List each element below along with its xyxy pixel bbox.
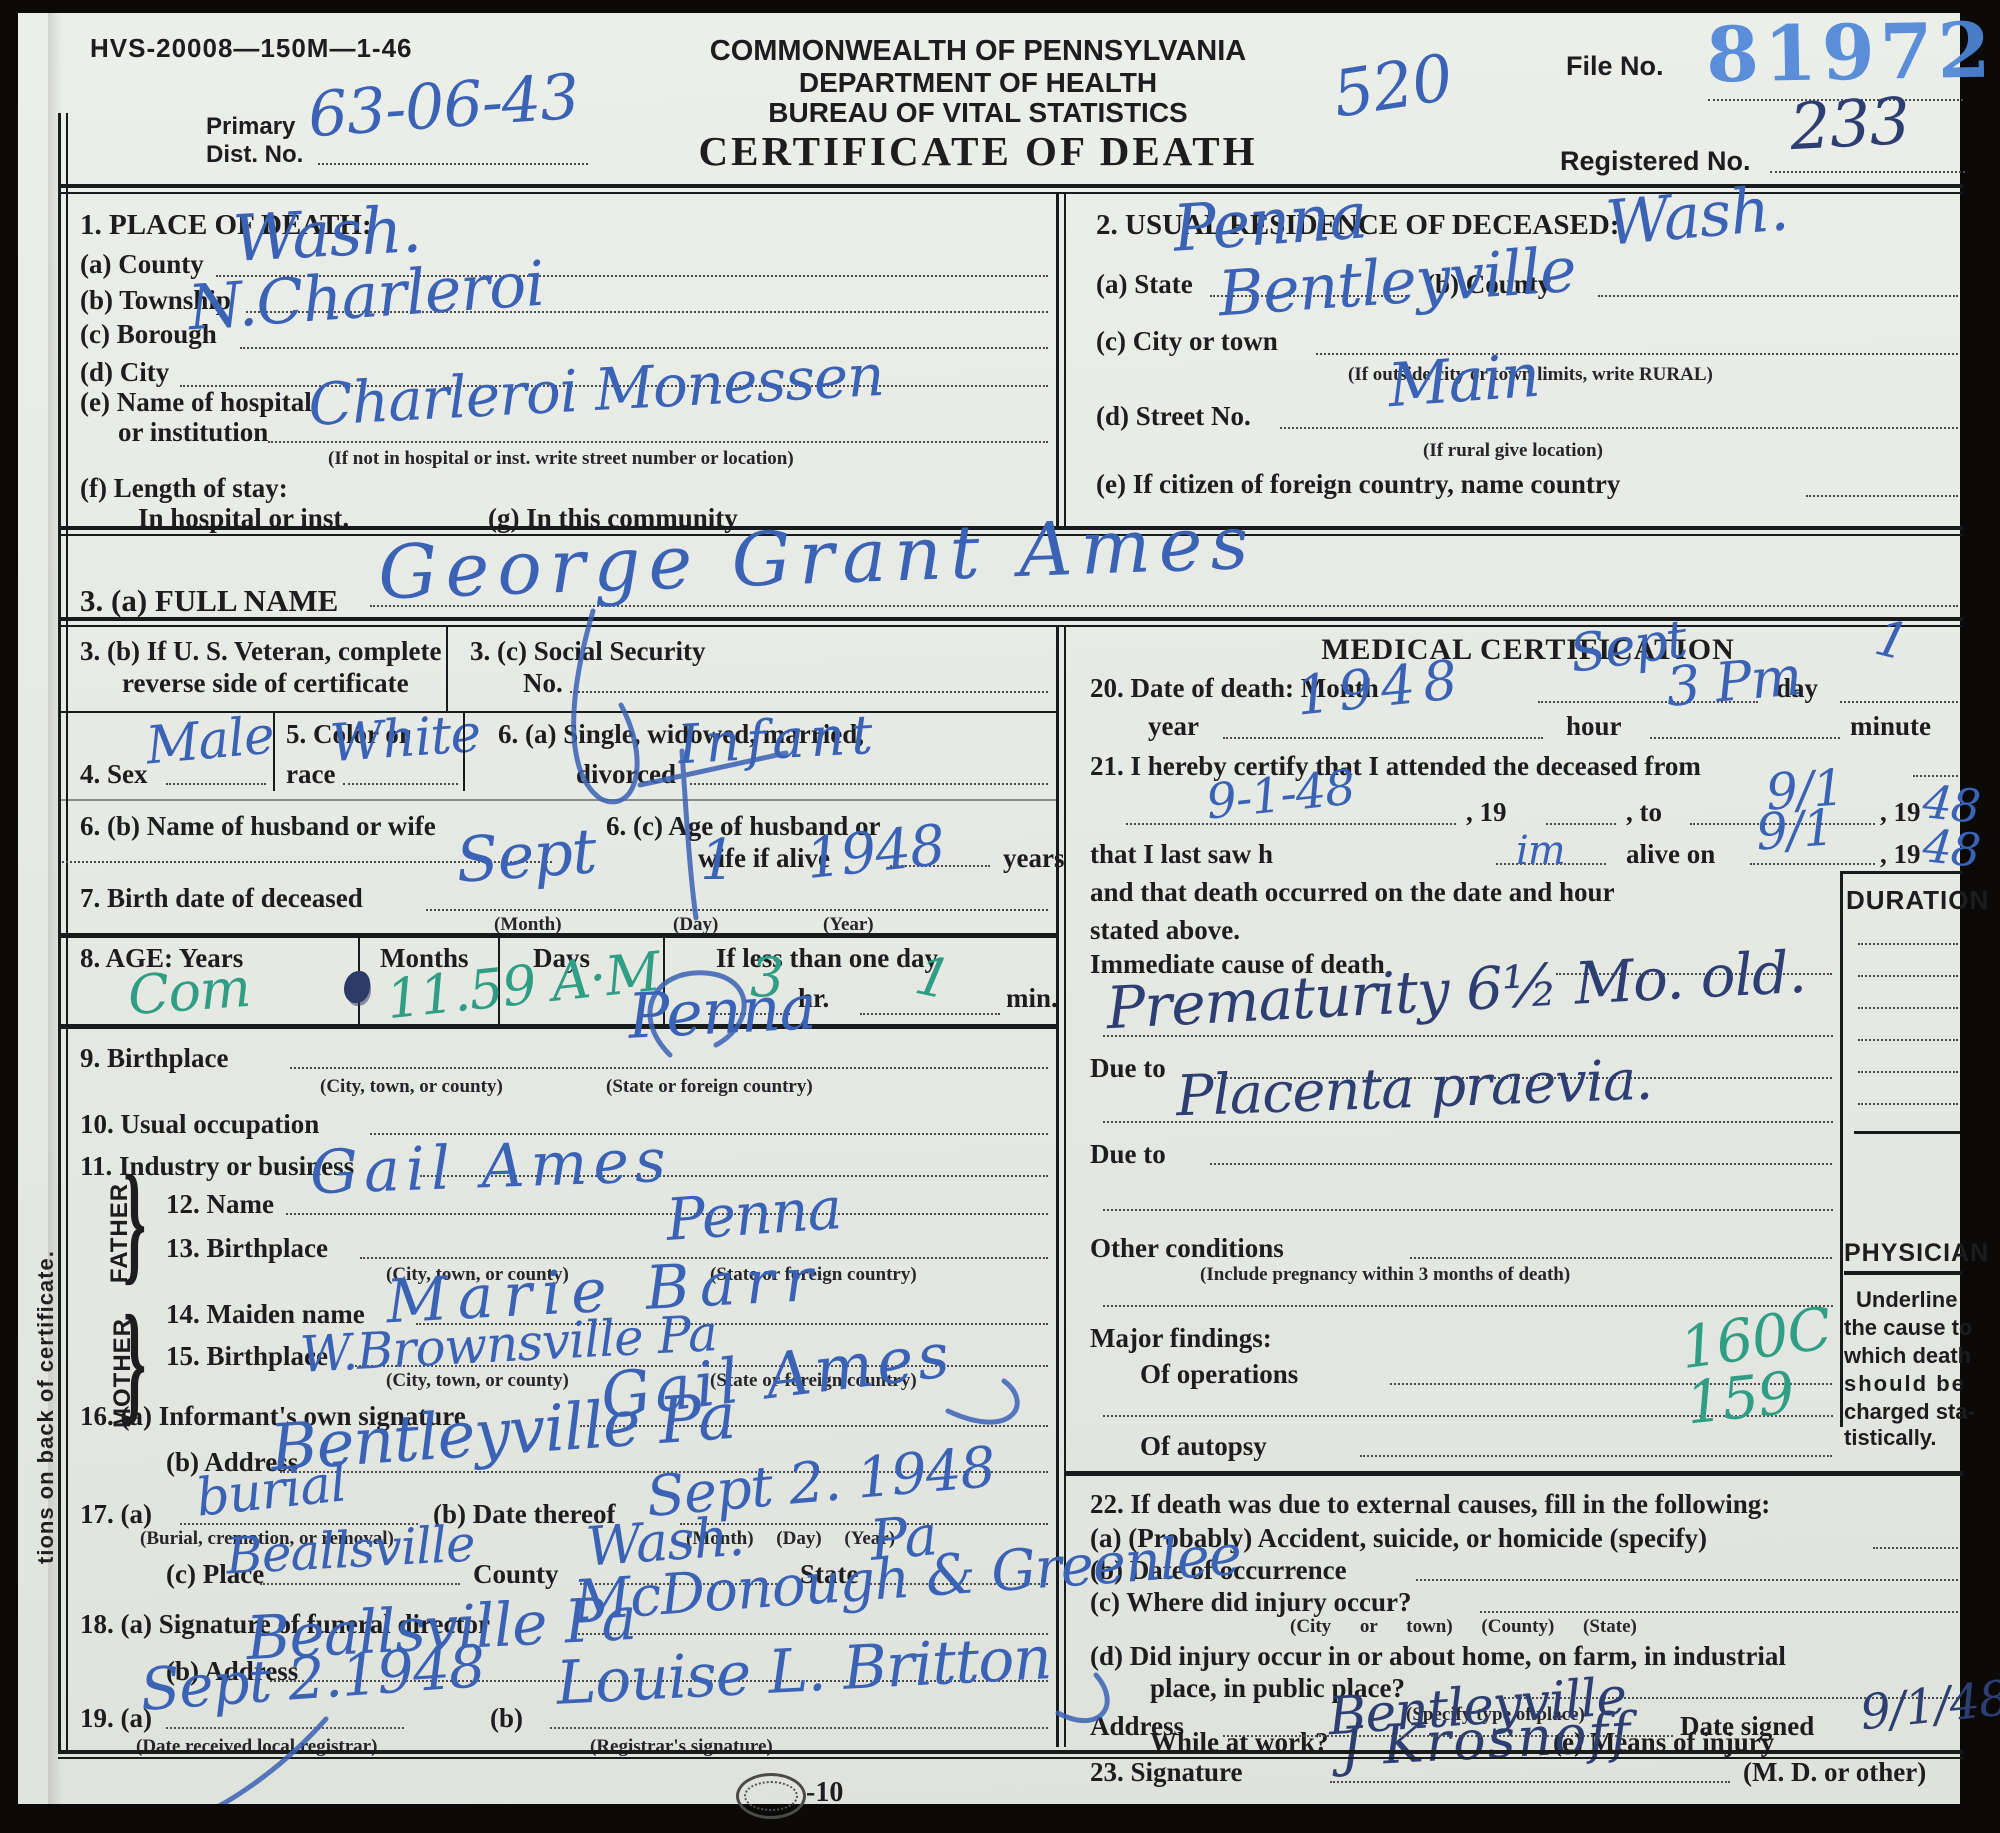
age-min-label: min.: [1006, 985, 1058, 1012]
hospital-note: (If not in hospital or inst. write stree…: [328, 449, 794, 468]
race-value: White: [328, 708, 482, 770]
dotted-line: [1858, 975, 1958, 977]
birth-date-label: 7. Birth date of deceased: [80, 885, 363, 912]
certify-line: 21. I hereby certify that I attended the…: [1090, 753, 1701, 780]
date-signed-label: Date signed: [1680, 1713, 1814, 1740]
dotted-line: [1103, 1305, 1833, 1307]
dotted-line: [1858, 1007, 1958, 1009]
death-year-value: 1948: [1294, 652, 1468, 723]
mother-sub-1: (City, town, or county): [386, 1371, 569, 1390]
rule: [1066, 1471, 1963, 1476]
street-note: (If rural give location): [1423, 441, 1603, 460]
dotted-line: [1858, 1039, 1958, 1041]
autopsy-label: Of autopsy: [1140, 1433, 1267, 1460]
death-year-label: year: [1148, 713, 1199, 740]
dotted-line: [690, 783, 1048, 785]
due-to-1-label: Due to: [1090, 1055, 1166, 1082]
dotted-line: [1103, 1121, 1833, 1123]
autopsy-value: 159: [1683, 1364, 1796, 1433]
physician-title: PHYSICIAN: [1844, 1241, 1989, 1266]
physician-note-line: charged sta-: [1844, 1401, 1975, 1423]
residence-city-label: (c) City or town: [1096, 328, 1278, 355]
date-signed-value: 9/1/48.: [1858, 1673, 2000, 1738]
disposal-place-value: Beallsville: [225, 1519, 476, 1582]
rule: [1854, 1131, 1960, 1134]
dotted-line: [860, 1013, 1000, 1015]
dotted-line: [1650, 737, 1840, 739]
md-address-label: Address: [1090, 1713, 1184, 1740]
rule: [463, 711, 465, 791]
rule: [1840, 871, 1963, 874]
physician-note-line: Underline: [1856, 1289, 1957, 1311]
street-value: Main: [1386, 346, 1541, 416]
other-conditions-note: (Include pregnancy within 3 months of de…: [1200, 1265, 1570, 1284]
alive-on-label: alive on: [1626, 841, 1715, 868]
age-years-value: Com: [126, 961, 252, 1023]
md-or-other-label: (M. D. or other): [1743, 1759, 1926, 1786]
comma-19-c: , 19: [1880, 841, 1921, 868]
dotted-line: [1103, 1209, 1833, 1211]
org-line3: BUREAU OF VITAL STATISTICS: [598, 99, 1358, 127]
residence-county-value: Wash.: [1604, 177, 1790, 255]
dotted-line: [550, 1727, 1048, 1729]
dotted-line: [1840, 701, 1958, 703]
birth-year-value: 1948: [803, 818, 947, 888]
disposal-value: burial: [194, 1457, 349, 1524]
dotted-line: [1416, 1579, 1958, 1581]
veteran-label-2: reverse side of certificate: [122, 670, 409, 697]
state-label: (a) State: [1096, 271, 1193, 298]
dotted-line: [1280, 427, 1958, 429]
hospital-value: Charleroi Monessen: [307, 346, 885, 434]
physician-note-line: the cause to: [1844, 1317, 1972, 1339]
hospital-label-2: or institution: [118, 419, 268, 446]
external-c-sub: (City or town) (County) (State): [1290, 1617, 1637, 1636]
dotted-line: [318, 163, 588, 165]
dotted-line: [1858, 1103, 1958, 1105]
dotted-line: [166, 1727, 404, 1729]
marital-value: Infant: [677, 708, 880, 772]
union-bug-stamp: [736, 1773, 806, 1819]
birthplace-sub-2: (State or foreign country): [606, 1077, 813, 1096]
last-saw-scribble: im: [1516, 831, 1565, 871]
dotted-line: [1126, 823, 1456, 825]
rule: [58, 933, 1058, 938]
physician-note-line: should be: [1844, 1373, 1966, 1395]
rule: [58, 1750, 1963, 1754]
dotted-line: [240, 347, 1048, 349]
rule: [58, 113, 61, 1753]
operations-label: Of operations: [1140, 1361, 1298, 1388]
dotted-line: [1598, 295, 1958, 297]
color-label-2: race: [286, 761, 335, 788]
city-label: (d) City: [80, 359, 169, 386]
rule: [1064, 192, 1066, 526]
hospital-label-1: (e) Name of hospital: [80, 389, 312, 416]
major-findings-label: Major findings:: [1090, 1325, 1272, 1352]
rule: [58, 1757, 1963, 1759]
dotted-line: [1480, 1611, 1958, 1613]
citizen-label: (e) If citizen of foreign country, name …: [1096, 471, 1620, 498]
physician-note-line: which death: [1844, 1345, 1971, 1367]
father-birthplace-value: Penna: [664, 1179, 843, 1249]
dotted-line: [1873, 1547, 1958, 1549]
to-label: , to: [1626, 799, 1662, 826]
disposal-county-label: County: [473, 1561, 559, 1588]
rule: [446, 625, 448, 711]
death-minute-label: minute: [1850, 713, 1931, 740]
org-line1: COMMONWEALTH OF PENNSYLVANIA: [598, 37, 1358, 66]
dotted-line: [1360, 1455, 1832, 1457]
registered-no-value: 233: [1788, 90, 1910, 160]
dotted-line: [1806, 495, 1958, 497]
death-hour-label: hour: [1566, 713, 1622, 740]
sex-label: 4. Sex: [80, 761, 148, 788]
last-saw-value: 9/1: [1754, 802, 1835, 857]
rule: [273, 711, 275, 791]
birth-month-sub: (Month): [494, 915, 562, 934]
code-520: 520: [1329, 46, 1457, 128]
birthplace-label: 9. Birthplace: [80, 1045, 229, 1072]
birthplace-sub-1: (City, town, or county): [320, 1077, 503, 1096]
dotted-line: [1330, 1781, 1730, 1783]
certificate-paper: HVS-20008—150M—1-46 COMMONWEALTH OF PENN…: [18, 13, 1960, 1804]
rule: [58, 799, 1058, 801]
last-saw-year: 48: [1921, 822, 1982, 874]
dotted-line: [290, 1067, 1048, 1069]
registrar-date-value: Sept 2.1948: [138, 1637, 486, 1719]
occurred-line-1: and that death occurred on the date and …: [1090, 879, 1615, 906]
primary-dist-label-2: Dist. No.: [206, 143, 303, 167]
due-to-1-value: Placenta praevia.: [1175, 1053, 1653, 1126]
org-line2: DEPARTMENT OF HEALTH: [598, 69, 1358, 97]
ssn-label-2: No.: [523, 670, 563, 697]
disposal-label: 17. (a): [80, 1501, 152, 1528]
certificate-title: CERTIFICATE OF DEATH: [598, 131, 1358, 172]
dotted-line: [1858, 943, 1958, 945]
file-no-stamp: 81972: [1705, 12, 1996, 93]
comma-19-a: , 19: [1466, 799, 1507, 826]
dotted-line: [1858, 1071, 1958, 1073]
last-saw-label: that I last saw h: [1090, 841, 1273, 868]
occupation-label: 10. Usual occupation: [80, 1111, 319, 1138]
ink-blot: [344, 971, 370, 1003]
ssn-label-1: 3. (c) Social Security: [470, 638, 705, 665]
dotted-line: [1223, 737, 1543, 739]
rule: [58, 1024, 1058, 1029]
dotted-line: [1410, 1257, 1832, 1259]
other-conditions-label: Other conditions: [1090, 1235, 1284, 1262]
due-to-2-label: Due to: [1090, 1141, 1166, 1168]
father-brace: }: [123, 1156, 146, 1290]
dotted-line: [260, 1583, 460, 1585]
dotted-line: [343, 783, 458, 785]
comma-19-b: , 19: [1880, 799, 1921, 826]
dotted-line: [1210, 1163, 1832, 1165]
external-title: 22. If death was due to external causes,…: [1090, 1491, 1770, 1518]
full-name-label: 3. (a) FULL NAME: [80, 585, 338, 616]
birthplace-value: Penna: [627, 976, 817, 1048]
dotted-line: [268, 441, 1048, 443]
dotted-line: [570, 691, 1048, 693]
rule: [1844, 1271, 1962, 1275]
dotted-line: [1546, 823, 1616, 825]
veteran-label-1: 3. (b) If U. S. Veteran, complete: [80, 638, 441, 665]
death-hour-value: 3 Pm: [1664, 649, 1803, 715]
dotted-line: [1770, 171, 1965, 173]
father-name-label: 12. Name: [166, 1191, 274, 1218]
father-birthplace-label: 13. Birthplace: [166, 1235, 328, 1262]
marital-label-2: divorced: [576, 761, 676, 788]
father-name-value: Gail Ames: [309, 1131, 673, 1204]
sex-value: Male: [144, 710, 276, 773]
margin-instructions-text: tions on back of certificate.: [35, 1124, 57, 1564]
dotted-line: [1103, 1035, 1833, 1037]
duration-title: DURATION: [1846, 887, 1958, 913]
dotted-line: [166, 783, 266, 785]
plate-number: -10: [806, 1779, 843, 1807]
primary-dist-value: 63-06-43: [306, 66, 580, 147]
occurred-line-2: stated above.: [1090, 917, 1240, 944]
md-signature-label: 23. Signature: [1090, 1759, 1243, 1786]
husband-label: 6. (b) Name of husband or wife: [80, 813, 436, 840]
birth-year-sub: (Year): [823, 915, 874, 934]
birth-month-value: Sept: [454, 820, 598, 892]
spouse-age-label-3: years: [1003, 845, 1064, 872]
physician-note-line: tistically.: [1844, 1427, 1937, 1449]
dotted-line: [1750, 863, 1875, 865]
attended-from-value: 9-1-48: [1204, 763, 1357, 826]
dotted-line: [426, 909, 1048, 911]
registered-no-label: Registered No.: [1560, 148, 1751, 175]
primary-dist-label-1: Primary: [206, 115, 295, 139]
street-label: (d) Street No.: [1096, 403, 1251, 430]
form-number: HVS-20008—150M—1-46: [90, 35, 413, 61]
stay-label: (f) Length of stay:: [80, 475, 288, 502]
file-no-label: File No.: [1566, 53, 1664, 80]
birth-day-sub: (Day): [673, 915, 718, 934]
scanned-death-certificate: HVS-20008—150M—1-46 COMMONWEALTH OF PENN…: [0, 0, 2000, 1833]
birth-day-value: 1: [700, 833, 735, 889]
rule: [1056, 192, 1059, 526]
external-d-label-1: (d) Did injury occur in or about home, o…: [1090, 1643, 1786, 1670]
registrar-b-label: (b): [490, 1705, 523, 1732]
rule: [1840, 871, 1843, 1427]
